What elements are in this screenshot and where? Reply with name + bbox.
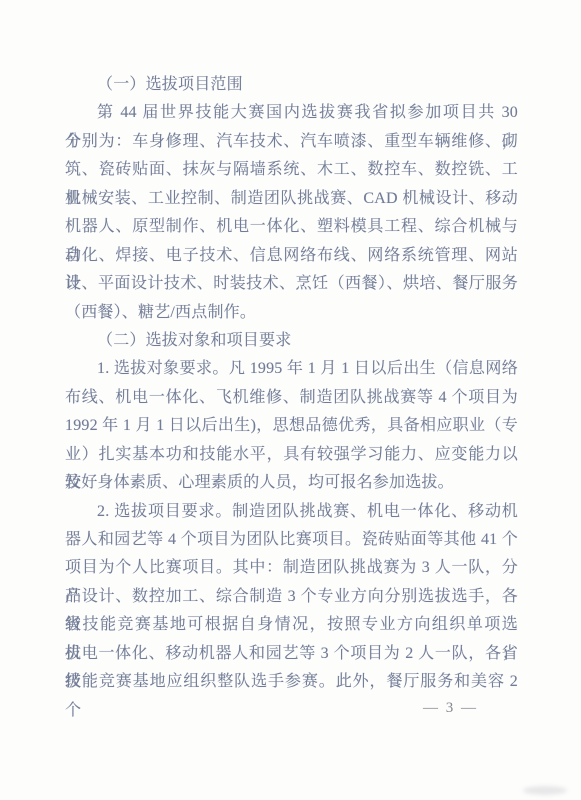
text-line: 技能竞赛基地应组织整队选手参赛。此外，餐厅服务和美容 2 个: [65, 668, 518, 696]
section-heading: （一）选拔项目范围: [65, 71, 518, 99]
text-line: 布线、机电一体化、飞机维修、制造团队挑战赛等 4 个项目为: [65, 384, 518, 412]
text-line: 项目为个人比赛项目。其中：制造团队挑战赛为 3 人一队，分产: [65, 554, 518, 582]
text-line: 1. 选拔对象要求。凡 1995 年 1 月 1 日以后出生（信息网络: [65, 355, 518, 383]
text-line: 分别为：车身修理、汽车技术、汽车喷漆、重型车辆维修、砌: [65, 128, 518, 156]
text-line: 2. 选拔项目要求。制造团队挑战赛、机电一体化、移动机: [65, 498, 518, 526]
text-line: （西餐）、糖艺/西点制作。: [65, 299, 518, 327]
text-line: 器人和园艺等 4 个项目为团队比赛项目。瓷砖贴面等其他 41 个: [65, 526, 518, 554]
text-block: （一）选拔项目范围第 44 届世界技能大赛国内选拔赛我省拟参加项目共 30 个，…: [65, 71, 518, 697]
text-line: 业）扎实基本功和技能水平，具有较强学习能力、应变能力以及: [65, 441, 518, 469]
section-heading: （二）选拔对象和项目要求: [65, 327, 518, 355]
text-line: 动化、焊接、电子技术、信息网络布线、网络系统管理、网站设: [65, 242, 518, 270]
text-line: 计、平面设计技术、时装技术、烹饪（西餐）、烘培、餐厅服务: [65, 270, 518, 298]
text-line: 品设计、数控加工、综合制造 3 个专业方向分别选拔选手，各省: [65, 583, 518, 611]
text-line: 机器人、原型制作、机电一体化、塑料模具工程、综合机械与自: [65, 213, 518, 241]
page-number: — 3 —: [65, 694, 518, 722]
document-page: （一）选拔项目范围第 44 届世界技能大赛国内选拔赛我省拟参加项目共 30 个，…: [0, 0, 581, 800]
scan-artifact: [523, 786, 567, 795]
text-line: 级技能竞赛基地可根据自身情况，按照专业方向组织单项选拔；: [65, 611, 518, 639]
text-line: 机械安装、工业控制、制造团队挑战赛、CAD 机械设计、移动: [65, 185, 518, 213]
text-line: 1992 年 1 月 1 日以后出生)，思想品德优秀，具备相应职业（专: [65, 412, 518, 440]
text-line: 第 44 届世界技能大赛国内选拔赛我省拟参加项目共 30 个，: [65, 99, 518, 127]
text-line: 筑、瓷砖贴面、抹灰与隔墙系统、木工、数控车、数控铣、工业: [65, 156, 518, 184]
text-line: 较好身体素质、心理素质的人员，均可报名参加选拔。: [65, 469, 518, 497]
text-line: 机电一体化、移动机器人和园艺等 3 个项目为 2 人一队，各省级: [65, 640, 518, 668]
